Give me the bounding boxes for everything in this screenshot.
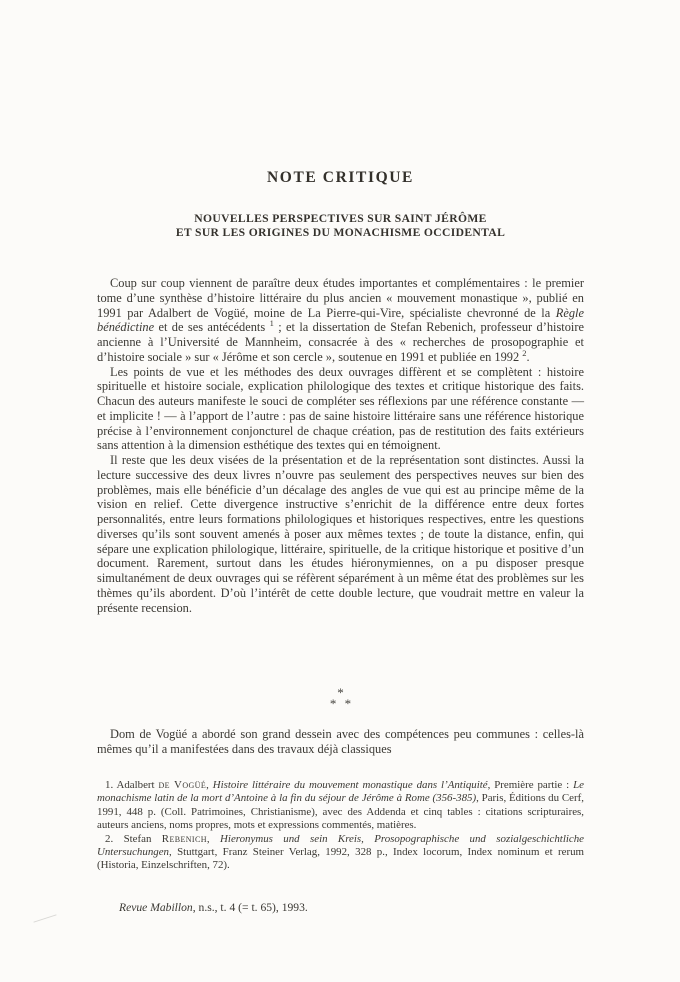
subtitle-line-1: NOUVELLES PERSPECTIVES SUR SAINT JÉRÔME	[97, 212, 584, 226]
text-segment: Stefan	[113, 833, 162, 845]
paragraph-1: Coup sur coup viennent de paraître deux …	[97, 276, 584, 365]
text-segment: ,	[207, 833, 220, 845]
footnote-2: 2. Stefan Rebenich, Hieronymus und sein …	[97, 833, 584, 873]
text-segment: , Stuttgart, Franz Steiner Verlag, 1992,…	[97, 846, 584, 871]
subtitle-line-2: ET SUR LES ORIGINES DU MONACHISME OCCIDE…	[97, 226, 584, 240]
paragraph-3: Il reste que les deux visées de la prése…	[97, 453, 584, 615]
author-name-de-vogue: de Vogüé	[158, 779, 206, 791]
footnote-number: 2.	[105, 833, 113, 845]
asterism-bottom: * *	[97, 699, 584, 710]
article-body: Coup sur coup viennent de paraître deux …	[97, 276, 584, 615]
text-segment: et de ses antécédents	[154, 320, 269, 334]
paragraph-4: Dom de Vogüé a abordé son grand dessein …	[97, 727, 584, 757]
paragraph-2: Les points de vue et les méthodes des de…	[97, 365, 584, 454]
footnote-1: 1. Adalbert de Vogüé, Histoire littérair…	[97, 779, 584, 833]
text-segment: Coup sur coup viennent de paraître deux …	[97, 276, 584, 320]
article-subtitle: NOUVELLES PERSPECTIVES SUR SAINT JÉRÔME …	[97, 212, 584, 240]
imprint-details: , n.s., t. 4 (= t. 65), 1993.	[193, 901, 308, 914]
text-segment: Adalbert	[113, 779, 158, 791]
scan-artifact-mark	[33, 914, 56, 922]
text-segment: .	[527, 350, 530, 364]
text-segment: , Première partie :	[488, 779, 573, 791]
text-segment: ,	[206, 779, 213, 791]
cited-title: Histoire littéraire du mouvement monasti…	[213, 779, 488, 791]
scanned-journal-page: NOTE CRITIQUE NOUVELLES PERSPECTIVES SUR…	[0, 0, 680, 982]
asterism-divider: * * *	[97, 688, 584, 709]
journal-name: Revue Mabillon	[119, 901, 193, 914]
author-name-rebenich: Rebenich	[162, 833, 207, 845]
page-title: NOTE CRITIQUE	[97, 169, 584, 187]
journal-imprint: Revue Mabillon, n.s., t. 4 (= t. 65), 19…	[119, 901, 308, 914]
footnotes-block: 1. Adalbert de Vogüé, Histoire littérair…	[97, 779, 584, 873]
footnote-number: 1.	[105, 779, 113, 791]
